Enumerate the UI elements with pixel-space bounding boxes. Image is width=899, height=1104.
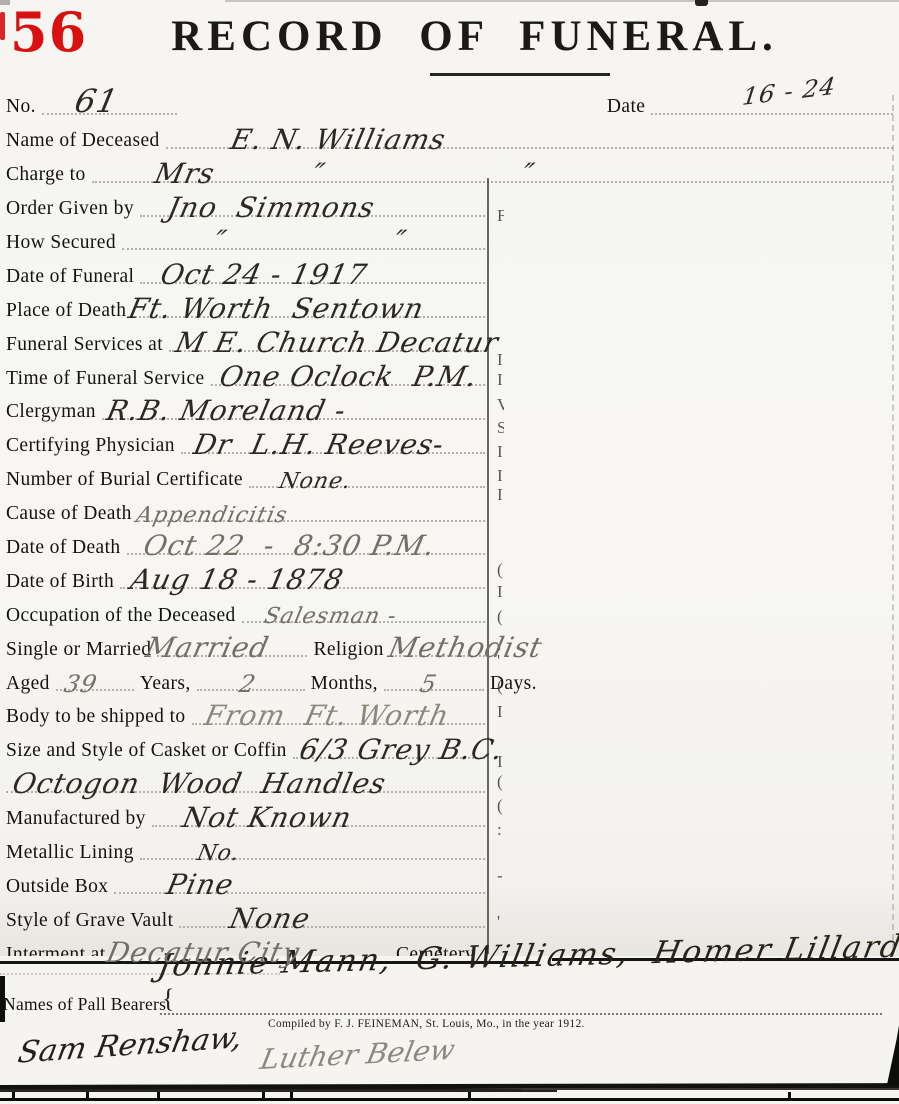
field-label: Cause of Death bbox=[6, 503, 138, 524]
field-value-handwritten: Not Known bbox=[180, 804, 354, 832]
field-value-handwritten: Methodist bbox=[386, 634, 545, 662]
pall-bearers-line bbox=[160, 1013, 882, 1015]
field-label: Order Given by bbox=[6, 198, 140, 219]
field-value-handwritten: Ft. Worth Sentown bbox=[126, 295, 427, 323]
form-row: Name of DeceasedE. N. Williams bbox=[6, 118, 893, 152]
field-label: Religion bbox=[307, 639, 389, 660]
field-line: Pine bbox=[114, 864, 485, 894]
form-row: Funeral Services atM E. Church Decatur bbox=[6, 321, 485, 355]
form-row: Place of DeathFt. Worth Sentown bbox=[6, 287, 485, 321]
field-label: Date bbox=[607, 96, 651, 117]
next-page-tick-mark bbox=[157, 1092, 160, 1099]
form-row: How Secured″ ″ bbox=[6, 220, 485, 254]
pall-bearer-name-handwritten: Sam Renshaw, bbox=[15, 1020, 245, 1070]
form-row: Date of FuneralOct 24 - 1917 bbox=[6, 253, 485, 287]
field-label: How Secured bbox=[6, 232, 122, 253]
field-label: Months, bbox=[305, 673, 384, 694]
scan-corner-smudge bbox=[0, 0, 10, 5]
field-line: Jno Simmons bbox=[140, 187, 485, 217]
record-page: 56 RECORD OF FUNERAL. No. 61 Date 16 - 2… bbox=[0, 0, 899, 956]
field-value-handwritten: One Oclock P.M. bbox=[217, 363, 480, 391]
field-value-handwritten: Oct 24 - 1917 bbox=[158, 261, 370, 289]
field-value-handwritten: Married bbox=[143, 634, 272, 662]
field-value-handwritten: Jno Simmons bbox=[165, 194, 377, 222]
field-value-handwritten: From Ft. Worth bbox=[202, 702, 452, 730]
field-line: Married bbox=[157, 627, 307, 657]
letter-fragment: : bbox=[497, 820, 504, 840]
field-line: Not Known bbox=[152, 797, 485, 827]
field-line: R.B. Moreland - bbox=[102, 390, 485, 420]
form-row: Charge toMrs ″ ″ bbox=[6, 152, 893, 186]
letter-fragment: I bbox=[497, 350, 504, 370]
scan-top-edge-line bbox=[225, 0, 899, 2]
letter-fragment: I bbox=[497, 582, 504, 602]
pall-bearers-label: Names of Pall Bearers bbox=[3, 994, 166, 1015]
field-line: E. N. Williams bbox=[166, 119, 893, 149]
field-value-handwritten: Salesman - bbox=[262, 606, 399, 628]
field-label: Metallic Lining bbox=[6, 842, 140, 863]
field-value-handwritten: None bbox=[227, 905, 313, 933]
form-row: Outside BoxPine bbox=[6, 863, 485, 897]
field-label: Time of Funeral Service bbox=[6, 368, 211, 389]
field-value-handwritten: 16 - 24 bbox=[741, 74, 838, 109]
field-label: Place of Death bbox=[6, 300, 132, 321]
field-value-handwritten: R.B. Moreland - bbox=[104, 397, 349, 425]
field-line: Dr L.H. Reeves- bbox=[181, 424, 485, 454]
field-line: None bbox=[179, 898, 485, 928]
field-value-handwritten: 61 bbox=[72, 85, 122, 117]
field-value-handwritten: Octogon Wood Handles bbox=[10, 770, 389, 798]
next-page-tick-mark bbox=[788, 1092, 791, 1099]
field-line: 6/3 Grey B.C. bbox=[293, 729, 485, 759]
field-label: Number of Burial Certificate bbox=[6, 469, 249, 490]
field-label: Aged bbox=[6, 673, 56, 694]
field-line: Mrs ″ ″ bbox=[92, 153, 893, 183]
form-row-no-date: No. 61 Date 16 - 24 bbox=[6, 84, 893, 118]
letter-fragment: S bbox=[497, 418, 504, 438]
next-page-tick-mark bbox=[86, 1092, 89, 1099]
letter-fragment: I bbox=[497, 702, 504, 722]
letter-fragment: F bbox=[497, 206, 504, 226]
field-line: Methodist bbox=[390, 627, 485, 657]
form-row: Date of DeathOct 22 - 8:30 P.M. bbox=[6, 525, 485, 559]
title-underline bbox=[430, 73, 610, 76]
field-line: 61 bbox=[42, 85, 177, 115]
field-label: Charge to bbox=[6, 164, 92, 185]
field-label: Name of Deceased bbox=[6, 130, 166, 151]
form-row: Occupation of the DeceasedSalesman - bbox=[6, 592, 485, 626]
page-number-stamp: 56 bbox=[10, 0, 87, 64]
letter-fragment: ( bbox=[497, 772, 504, 792]
next-page-tick-mark bbox=[290, 1092, 293, 1099]
field-value-handwritten: None. bbox=[277, 471, 353, 493]
field-line: ″ ″ bbox=[122, 220, 485, 250]
field-value-handwritten: M E. Church Decatur bbox=[173, 329, 501, 357]
field-line: Appendicitis bbox=[138, 492, 485, 522]
letter-fragment: I bbox=[497, 442, 504, 462]
blank-gap bbox=[177, 87, 607, 115]
form-row: Number of Burial CertificateNone. bbox=[6, 457, 485, 491]
letter-fragment: ( bbox=[497, 676, 504, 696]
field-line: M E. Church Decatur bbox=[169, 322, 485, 352]
pall-bearers-strip: Names of Pall Bearers { Jonnie Mann, G. … bbox=[0, 956, 899, 1104]
field-label: Certifying Physician bbox=[6, 435, 181, 456]
field-value-handwritten: 6/3 Grey B.C. bbox=[297, 736, 506, 764]
form-row: Style of Grave VaultNone bbox=[6, 897, 485, 931]
field-line: Aug 18 - 1878 bbox=[120, 559, 485, 589]
field-line: Octogon Wood Handles bbox=[6, 763, 485, 793]
pall-bearers-brace: { bbox=[162, 984, 174, 1014]
field-value-handwritten: Dr L.H. Reeves- bbox=[191, 431, 447, 459]
letter-fragment: ( bbox=[497, 796, 504, 816]
letter-fragment: ' bbox=[497, 912, 504, 932]
field-line: 39 bbox=[56, 661, 134, 691]
field-line: 5 bbox=[384, 661, 484, 691]
field-value-handwritten: Oct 22 - 8:30 P.M. bbox=[141, 532, 438, 560]
form-row: Date of BirthAug 18 - 1878 bbox=[6, 558, 485, 592]
field-line: Ft. Worth Sentown bbox=[132, 288, 485, 318]
compiled-by-imprint: Compiled by F. J. FEINEMAN, St. Louis, M… bbox=[268, 1018, 585, 1030]
field-label: Outside Box bbox=[6, 876, 114, 897]
letter-fragment: ( bbox=[497, 560, 504, 580]
field-line: From Ft. Worth bbox=[192, 695, 485, 725]
field-label: Years, bbox=[134, 673, 197, 694]
field-line: Oct 24 - 1917 bbox=[140, 254, 485, 284]
field-label: Occupation of the Deceased bbox=[6, 605, 242, 626]
field-label: Date of Death bbox=[6, 537, 127, 558]
field-value-handwritten: ″ ″ bbox=[212, 227, 409, 255]
scan-bottom-shadow-band-2 bbox=[0, 1089, 557, 1092]
letter-fragment: I bbox=[497, 485, 504, 505]
field-label: Single or Married bbox=[6, 639, 157, 660]
field-line: 16 - 24 bbox=[651, 85, 893, 115]
letter-fragment: I bbox=[497, 466, 504, 486]
letter-fragment: ( bbox=[497, 607, 504, 627]
field-value-handwritten: Aug 18 - 1878 bbox=[128, 566, 346, 594]
field-value-handwritten: 39 bbox=[62, 672, 100, 696]
form-row: Single or MarriedMarriedReligionMethodis… bbox=[6, 626, 485, 660]
letter-fragment: - bbox=[497, 866, 504, 886]
pall-bearer-name-handwritten-pencil: Luther Belew bbox=[258, 1033, 458, 1076]
scan-corner-wedge bbox=[884, 1008, 899, 1086]
scan-bottom-shadow-band-3 bbox=[521, 1088, 899, 1090]
form-rows: No. 61 Date 16 - 24 Name of DeceasedE. N… bbox=[6, 84, 893, 965]
field-label: No. bbox=[6, 96, 42, 117]
scan-top-ink-mark bbox=[695, 0, 708, 6]
field-label: Style of Grave Vault bbox=[6, 910, 179, 931]
form-row: Time of Funeral ServiceOne Oclock P.M. bbox=[6, 355, 485, 389]
field-label: Size and Style of Casket or Coffin bbox=[6, 740, 293, 761]
field-line: None. bbox=[249, 458, 485, 488]
page-edge-dashed-line bbox=[892, 95, 894, 950]
field-label: Funeral Services at bbox=[6, 334, 169, 355]
form-row: Manufactured byNot Known bbox=[6, 796, 485, 830]
form-row: Octogon Wood Handles bbox=[6, 762, 485, 796]
field-value-handwritten: Appendicitis bbox=[134, 505, 290, 527]
field-value-handwritten: Decatur City bbox=[104, 939, 302, 967]
form-row: Certifying PhysicianDr L.H. Reeves- bbox=[6, 423, 485, 457]
field-value-handwritten: Mrs ″ ″ bbox=[152, 160, 537, 188]
scanned-funeral-record: { "colors": { "stamp_red": "#d8100f", "i… bbox=[0, 0, 899, 1104]
field-line: Salesman - bbox=[242, 593, 485, 623]
form-row: Order Given byJno Simmons bbox=[6, 186, 485, 220]
field-line: 2 bbox=[197, 661, 305, 691]
form-row: Metallic LiningNo. bbox=[6, 830, 485, 864]
form-row: Aged39Years,2Months,5Days. bbox=[6, 660, 485, 694]
form-row: Cause of DeathAppendicitis bbox=[6, 491, 485, 525]
next-page-tick-mark bbox=[468, 1092, 471, 1099]
field-label: Date of Birth bbox=[6, 571, 120, 592]
next-page-tick-mark bbox=[12, 1092, 15, 1099]
letter-fragment: I bbox=[497, 370, 504, 390]
field-value-handwritten: E. N. Williams bbox=[228, 126, 448, 154]
field-value-handwritten: Pine bbox=[164, 871, 236, 899]
field-label: Date of Funeral bbox=[6, 266, 140, 287]
next-page-tick-mark bbox=[262, 1092, 265, 1099]
field-line: No. bbox=[140, 830, 485, 860]
page-title: RECORD OF FUNERAL. bbox=[90, 12, 859, 61]
field-label: Manufactured by bbox=[6, 808, 152, 829]
field-value-handwritten: 2 bbox=[237, 672, 258, 696]
form-row: Size and Style of Casket or Coffin6/3 Gr… bbox=[6, 728, 485, 762]
field-value-handwritten: No. bbox=[195, 843, 242, 865]
form-row: Body to be shipped toFrom Ft. Worth bbox=[6, 694, 485, 728]
next-page-rule bbox=[0, 1098, 899, 1101]
letter-fragment: V bbox=[497, 395, 504, 415]
red-stamp-fragment bbox=[0, 12, 5, 40]
field-label: Body to be shipped to bbox=[6, 706, 192, 727]
field-line: Oct 22 - 8:30 P.M. bbox=[127, 525, 485, 555]
field-line: One Oclock P.M. bbox=[211, 356, 485, 386]
form-row: ClergymanR.B. Moreland - bbox=[6, 389, 485, 423]
field-label: Clergyman bbox=[6, 401, 102, 422]
right-column-letter-fragments: FIIVSIII(I(,'(II((:-' bbox=[489, 178, 501, 954]
field-value-handwritten: 5 bbox=[418, 672, 439, 696]
